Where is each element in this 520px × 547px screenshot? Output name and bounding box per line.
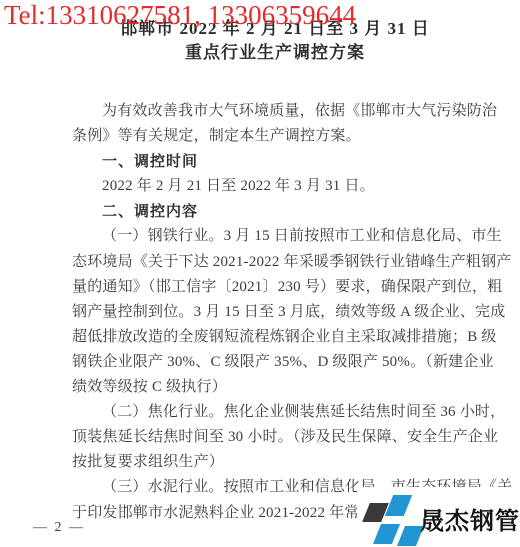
document-line: （一）钢铁行业。3 月 15 日前按照市工业和信息化局、市生 bbox=[72, 224, 486, 249]
logo-parallelogram-blue-icon bbox=[385, 495, 412, 516]
document-line: 钢产量控制到位。3 月 15 日至 3 月底，绩效等级 A 级企业、完成 bbox=[72, 300, 486, 325]
document-line: 按批复要求组织生产） bbox=[72, 450, 486, 475]
document-title-line2: 重点行业生产调控方案 bbox=[72, 41, 478, 65]
logo-wordmark: 晟杰钢管 bbox=[420, 501, 520, 536]
document-body: 为有效改善我市大气环境质量，依据《邯郸市大气污染防治 条例》等有关规定，制定本生… bbox=[72, 99, 486, 526]
document-line: 为有效改善我市大气环境质量，依据《邯郸市大气污染防治 bbox=[72, 99, 486, 124]
phone-watermark: Tel:13310627581, 13306359644 bbox=[4, 0, 356, 31]
document-line: 顶装焦延长结焦时间至 30 小时。（涉及民生保障、安全生产企业 bbox=[72, 425, 486, 450]
document-line: 量的通知》（邯工信字〔2021〕230 号）要求，确保限产到位，粗 bbox=[72, 275, 486, 300]
logo-parallelogram-blue-icon bbox=[373, 524, 400, 544]
document-line: 2022 年 2 月 21 日至 2022 年 3 月 31 日。 bbox=[72, 174, 486, 199]
page-number: — 2 — bbox=[33, 520, 85, 536]
section-heading-time: 一、调控时间 bbox=[72, 149, 486, 174]
document-line: 超低排放改造的全废钢短流程炼钢企业自主采取减排措施；B 级 bbox=[72, 325, 486, 350]
shengjie-steel-logo: 晟杰钢管 bbox=[357, 487, 520, 547]
section-heading-content: 二、调控内容 bbox=[72, 199, 486, 224]
document-line: 绩效等级按 C 级执行） bbox=[72, 375, 486, 400]
document-line: 钢铁企业限产 30%、C 级限产 35%、D 级限产 50%。（新建企业 bbox=[72, 350, 486, 375]
document-line: （二）焦化行业。焦化企业侧装焦延长结焦时间至 36 小时， bbox=[72, 400, 486, 425]
scanned-document-page: Tel:13310627581, 13306359644 邯郸市 2022 年 … bbox=[0, 0, 520, 547]
document-line: 态环境局《关于下达 2021-2022 年采暖季钢铁行业错峰生产粗钢产 bbox=[72, 250, 486, 275]
document-line: 条例》等有关规定，制定本生产调控方案。 bbox=[72, 124, 486, 149]
